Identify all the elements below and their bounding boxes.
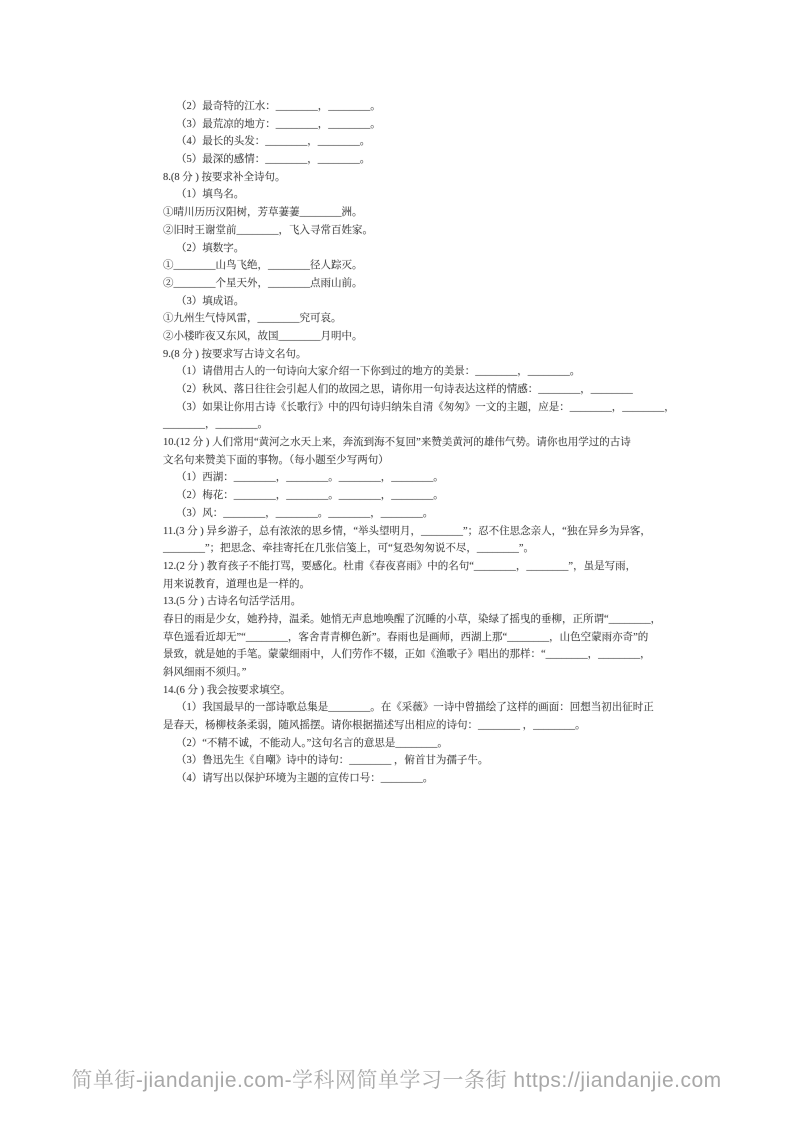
doc-line: （2）秋风、落日往往会引起人们的故园之思，请你用一句诗表达这样的情感：_____… — [163, 381, 653, 399]
doc-line: 景致，就是她的手笔。蒙蒙细雨中，人们劳作不辍，正如《渔歌子》唱出的那样：“___… — [163, 646, 653, 664]
doc-line: （5）最深的感情：________，________。 — [163, 151, 653, 169]
doc-line: ②小楼昨夜又东风，故国________月明中。 — [163, 328, 653, 346]
doc-line: ②旧时王谢堂前________，飞入寻常百姓家。 — [163, 222, 653, 240]
doc-line: （3）如果让你用古诗《长歌行》中的四句诗归纳朱自清《匆匆》一文的主题，应是：__… — [163, 399, 653, 417]
doc-line: 文名句来赞美下面的事物。（每小题至少写两句） — [163, 452, 653, 470]
exam-text-block: （2）最奇特的江水：________，________。（3）最荒凉的地方：__… — [163, 98, 653, 788]
doc-line: （3）风：________，________。________，________… — [163, 505, 653, 523]
doc-line: （1）填鸟名。 — [163, 186, 653, 204]
doc-line: 14.(6 分 ) 我会按要求填空。 — [163, 682, 653, 700]
doc-line: 13.(5 分 ) 古诗名句活学活用。 — [163, 593, 653, 611]
watermark-text: 简单街-jiandanjie.com-学科网简单学习一条街 https://ji… — [0, 1064, 793, 1094]
doc-line: 10.(12 分 ) 人们常用“黄河之水天上来，奔流到海不复回”来赞美黄河的雄伟… — [163, 434, 653, 452]
doc-line: ②________个星天外，________点雨山前。 — [163, 275, 653, 293]
doc-line: 用来说教育，道理也是一样的。 — [163, 576, 653, 594]
doc-line: 斜风细雨不须归。” — [163, 664, 653, 682]
doc-line: 是春天，杨柳枝条柔弱，随风摇摆。请你根据描述写出相应的诗句：________ ，… — [163, 717, 653, 735]
doc-line: ①________山鸟飞绝，________径人踪灭。 — [163, 257, 653, 275]
doc-line: 草色遥看近却无”“________，客舍青青柳色新”。春雨也是画师，西湖上那“_… — [163, 629, 653, 647]
doc-line: 9.(8 分 ) 按要求写古诗文名句。 — [163, 346, 653, 364]
exam-document-page: （2）最奇特的江水：________，________。（3）最荒凉的地方：__… — [0, 0, 793, 1122]
doc-line: （4）最长的头发：________，________。 — [163, 133, 653, 151]
doc-line: ①晴川历历汉阳树，芳草萋萋________洲。 — [163, 204, 653, 222]
doc-line: （2）最奇特的江水：________，________。 — [163, 98, 653, 116]
doc-line: （1）请借用古人的一句诗向大家介绍一下你到过的地方的美景：________，__… — [163, 363, 653, 381]
doc-line: 12.(2 分 ) 教育孩子不能打骂，要感化。杜甫《春夜喜雨》中的名句“____… — [163, 558, 653, 576]
doc-line: （2）“不精不诚，不能动人。”这句名言的意思是________。 — [163, 735, 653, 753]
doc-line: ________，________。 — [163, 416, 653, 434]
doc-line: （3）鲁迅先生《自嘲》诗中的诗句：________ ，俯首甘为孺子牛。 — [163, 752, 653, 770]
doc-line: 8.(8 分 ) 按要求补全诗句。 — [163, 169, 653, 187]
doc-line: （3）填成语。 — [163, 293, 653, 311]
doc-line: ________”；把思念、牵挂寄托在几张信笺上，可“复恐匆匆说不尽，_____… — [163, 540, 653, 558]
doc-line: （2）填数字。 — [163, 240, 653, 258]
doc-line: （1）西湖：________，________。________，_______… — [163, 469, 653, 487]
doc-line: 11.(3 分 ) 异乡游子，总有浓浓的思乡情，“举头望明月，________”… — [163, 523, 653, 541]
doc-line: （1）我国最早的一部诗歌总集是________。在《采薇》一诗中曾描绘了这样的画… — [163, 699, 653, 717]
doc-line: （2）梅花：________，________。________，_______… — [163, 487, 653, 505]
doc-line: （4）请写出以保护环境为主题的宣传口号：________。 — [163, 770, 653, 788]
doc-line: ①九州生气恃风雷，________究可哀。 — [163, 310, 653, 328]
doc-line: 春日的雨是少女，她矜持，温柔。她悄无声息地唤醒了沉睡的小草，染绿了摇曳的垂柳，正… — [163, 611, 653, 629]
doc-line: （3）最荒凉的地方：________，________。 — [163, 116, 653, 134]
